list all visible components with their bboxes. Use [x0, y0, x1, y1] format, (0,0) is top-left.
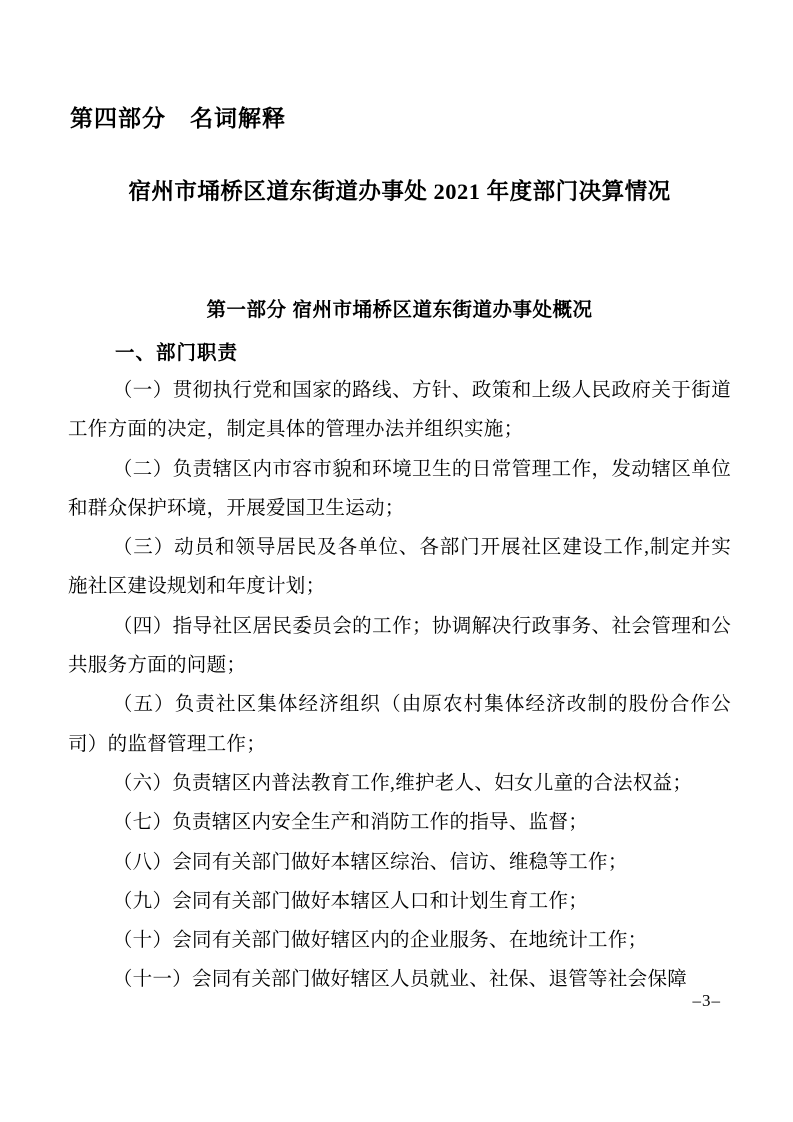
document-title: 宿州市埇桥区道东街道办事处 2021 年度部门决算情况 — [68, 174, 731, 206]
duty-item-2: （二）负责辖区内市容市貌和环境卫生的日常管理工作，发动辖区单位和群众保护环境，开… — [68, 450, 731, 529]
duty-item-6: （六）负责辖区内普法教育工作,维护老人、妇女儿童的合法权益； — [68, 764, 731, 803]
duty-item-7: （七）负责辖区内安全生产和消防工作的指导、监督； — [68, 803, 731, 842]
duty-item-4: （四）指导社区居民委员会的工作；协调解决行政事务、社会管理和公共服务方面的问题； — [68, 607, 731, 686]
section-duties-heading: 一、部门职责 — [68, 337, 731, 365]
duty-item-10: （十）会同有关部门做好辖区内的企业服务、在地统计工作； — [68, 921, 731, 960]
duty-item-8: （八）会同有关部门做好本辖区综治、信访、维稳等工作； — [68, 843, 731, 882]
page-number: –3– — [693, 991, 722, 1011]
part1-heading: 第一部分 宿州市埇桥区道东街道办事处概况 — [68, 294, 731, 322]
duty-item-11: （十一）会同有关部门做好辖区人员就业、社保、退管等社会保障 — [68, 960, 731, 999]
duties-list: （一）贯彻执行党和国家的路线、方针、政策和上级人民政府关于街道工作方面的决定，制… — [68, 371, 731, 1000]
duty-item-1: （一）贯彻执行党和国家的路线、方针、政策和上级人民政府关于街道工作方面的决定，制… — [68, 371, 731, 450]
document-page: 第四部分 名词解释 宿州市埇桥区道东街道办事处 2021 年度部门决算情况 第一… — [0, 0, 793, 1122]
part4-heading: 第四部分 名词解释 — [70, 100, 731, 133]
duty-item-3: （三）动员和领导居民及各单位、各部门开展社区建设工作,制定并实施社区建设规划和年… — [68, 528, 731, 607]
duty-item-9: （九）会同有关部门做好本辖区人口和计划生育工作； — [68, 882, 731, 921]
duty-item-5: （五）负责社区集体经济组织（由原农村集体经济改制的股份合作公司）的监督管理工作； — [68, 685, 731, 764]
